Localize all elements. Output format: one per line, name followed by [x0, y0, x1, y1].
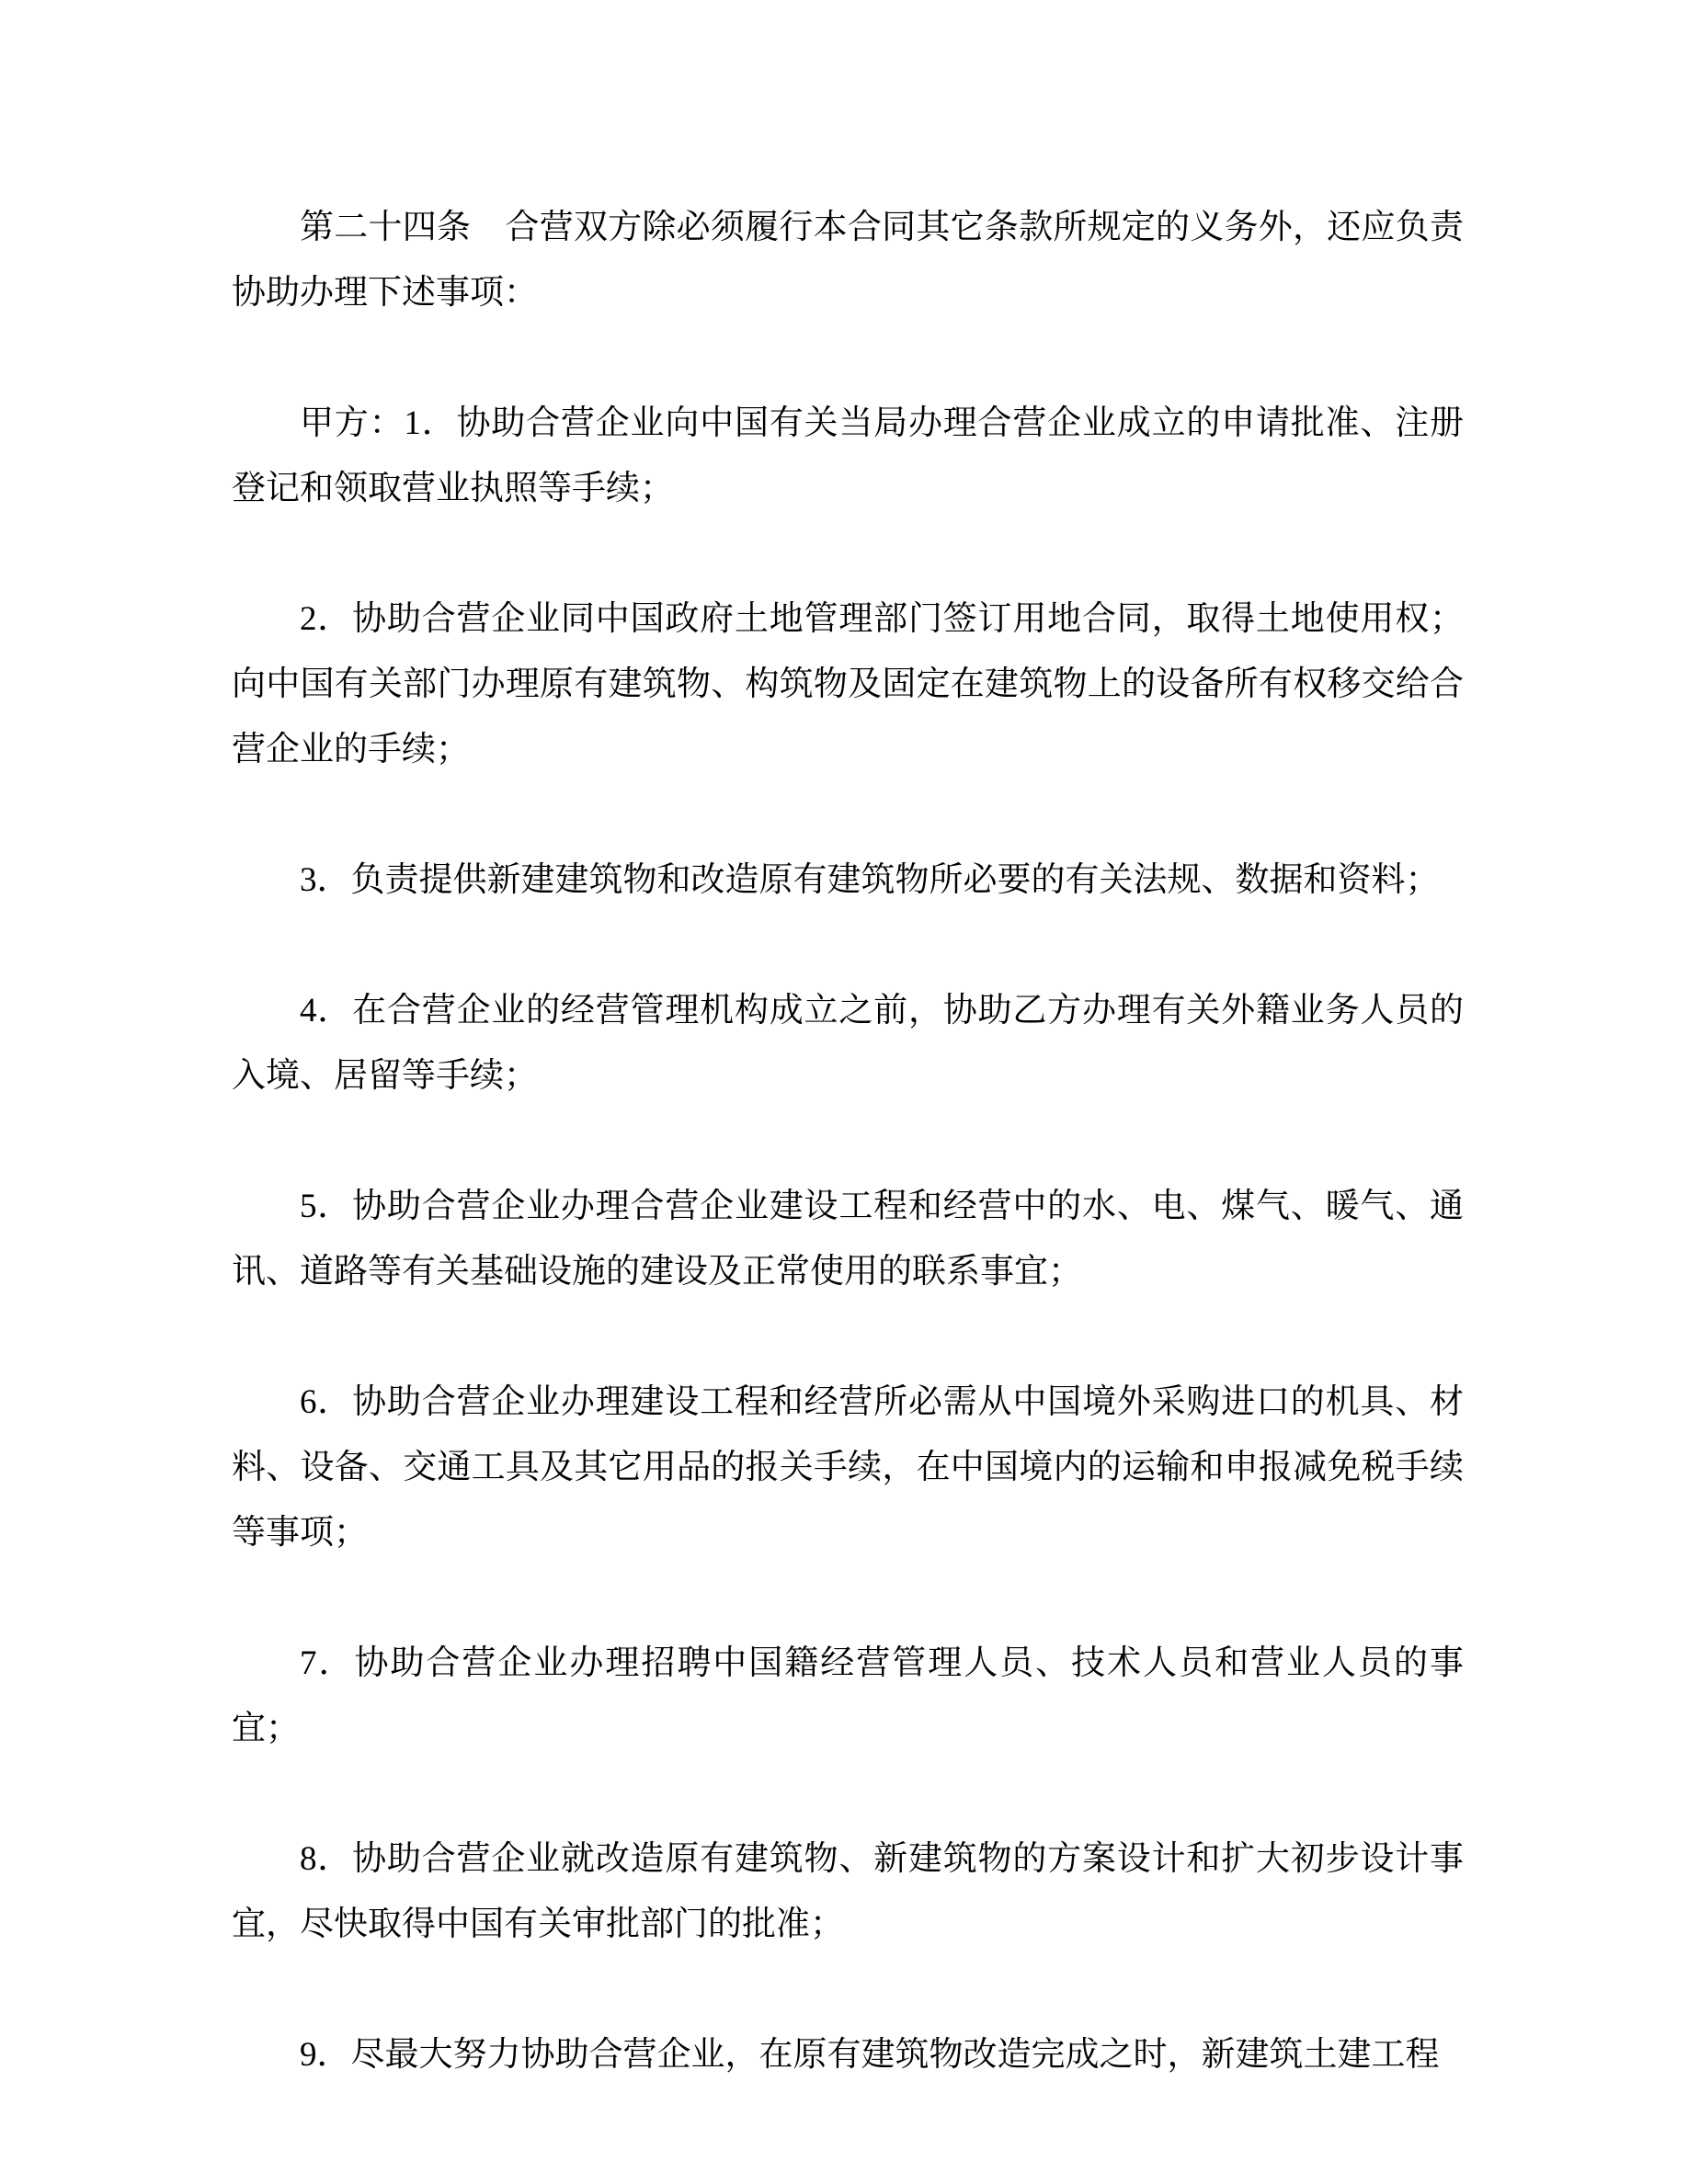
clause-heading-paragraph: 第二十四条 合营双方除必须履行本合同其它条款所规定的义务外，还应负责协助办理下述… [232, 195, 1464, 325]
paragraph-item-9: 9．尽最大努力协助合营企业，在原有建筑物改造完成之时，新建筑土建工程 [232, 2022, 1464, 2087]
document-page: 第二十四条 合营双方除必须履行本合同其它条款所规定的义务外，还应负责协助办理下述… [232, 195, 1464, 2087]
paragraph-item-4: 4．在合营企业的经营管理机构成立之前，协助乙方办理有关外籍业务人员的入境、居留等… [232, 978, 1464, 1109]
page-background: { "page": { "background_color": "#ffffff… [0, 0, 1688, 2184]
paragraph-item-6: 6．协助合营企业办理建设工程和经营所必需从中国境外采购进口的机具、材料、设备、交… [232, 1370, 1464, 1565]
paragraph-item-8: 8．协助合营企业就改造原有建筑物、新建筑物的方案设计和扩大初步设计事宜，尽快取得… [232, 1826, 1464, 1957]
paragraph-item-2: 2．协助合营企业同中国政府土地管理部门签订用地合同，取得土地使用权；向中国有关部… [232, 586, 1464, 782]
paragraph-item-3: 3．负责提供新建建筑物和改造原有建筑物所必要的有关法规、数据和资料； [232, 847, 1464, 913]
paragraph-item-5: 5．协助合营企业办理合营企业建设工程和经营中的水、电、煤气、暖气、通讯、道路等有… [232, 1174, 1464, 1304]
paragraph-item-7: 7．协助合营企业办理招聘中国籍经营管理人员、技术人员和营业人员的事宜； [232, 1631, 1464, 1761]
paragraph-party-a-item-1: 甲方：1．协助合营企业向中国有关当局办理合营企业成立的申请批准、注册登记和领取营… [232, 391, 1464, 521]
